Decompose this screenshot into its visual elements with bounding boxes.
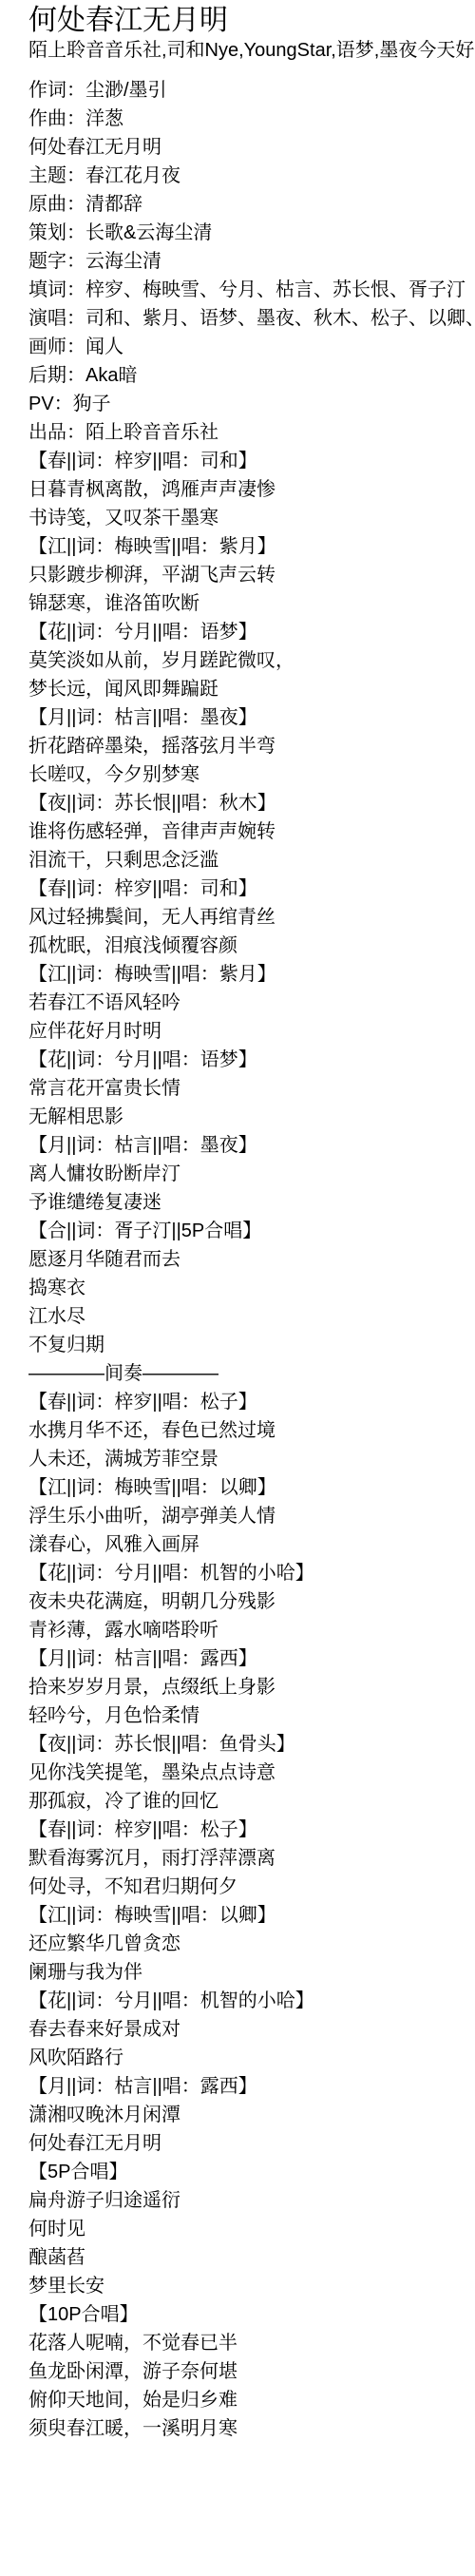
lyric-line: 谁将伤感轻弹，音律声声婉转 xyxy=(0,817,475,846)
lyric-line: 【花||词：兮月||唱：机智的小哈】 xyxy=(0,1987,475,2015)
lyric-line: 【春||词：梓穸||唱：松子】 xyxy=(0,1816,475,1844)
credit-line: 策划：长歌&云海尘清 xyxy=(0,219,475,247)
credit-line: 出品：陌上聆音音乐社 xyxy=(0,418,475,447)
lyric-line: 青衫薄，露水嘀嗒聆听 xyxy=(0,1616,475,1644)
credit-line: 填词：梓穸、梅映雪、兮月、枯言、苏长恨、胥子汀 xyxy=(0,276,475,304)
lyric-line: 鱼龙卧闲潭，游子奈何堪 xyxy=(0,2357,475,2386)
lyric-line: 【夜||词：苏长恨||唱：秋木】 xyxy=(0,789,475,817)
lyric-line: 漾春心，风雅入画屏 xyxy=(0,1530,475,1559)
credit-line: 原曲：清都辞 xyxy=(0,190,475,219)
lyric-line: 孤枕眠，泪痕浅倾覆容颜 xyxy=(0,932,475,960)
lyric-line: 扁舟游子归途遥衍 xyxy=(0,2186,475,2215)
lyric-line: 还应繁华几曾贪恋 xyxy=(0,1930,475,1958)
lyric-line: 【合||词：胥子汀||5P合唱】 xyxy=(0,1217,475,1245)
lyric-line: 应伴花好月时明 xyxy=(0,1017,475,1046)
lyric-line: 【花||词：兮月||唱：机智的小哈】 xyxy=(0,1559,475,1587)
lyric-line: 书诗笺，又叹茶干墨寒 xyxy=(0,504,475,532)
lyric-line: 不复归期 xyxy=(0,1331,475,1359)
lyric-line: 轻吟兮，月色恰柔情 xyxy=(0,1701,475,1730)
lyric-line: 风过轻拂鬓间，无人再绾青丝 xyxy=(0,903,475,932)
lyric-line: 无解相思影 xyxy=(0,1103,475,1131)
lyric-line: 【花||词：兮月||唱：语梦】 xyxy=(0,618,475,646)
lyric-line: 潇湘叹晚沐月闲潭 xyxy=(0,2101,475,2129)
credit-line: 主题：春江花月夜 xyxy=(0,162,475,190)
credits-list: 作词：尘渺/墨引作曲：洋葱何处春江无月明主题：春江花月夜原曲：清都辞策划：长歌&… xyxy=(0,76,475,447)
lyric-line: 那孤寂，冷了谁的回忆 xyxy=(0,1787,475,1816)
lyric-line: 【月||词：枯言||唱：墨夜】 xyxy=(0,703,475,732)
lyric-line: 【月||词：枯言||唱：露西】 xyxy=(0,1644,475,1673)
lyric-line: 水携月华不还，春色已然过境 xyxy=(0,1416,475,1445)
lyric-line: 【10P合唱】 xyxy=(0,2300,475,2329)
lyric-line: 长嗟叹，今夕别梦寒 xyxy=(0,760,475,789)
lyric-line: 拾来岁岁月景，点缀纸上身影 xyxy=(0,1673,475,1701)
credit-line: 作词：尘渺/墨引 xyxy=(0,76,475,105)
lyric-line: 梦里长安 xyxy=(0,2272,475,2300)
lyrics-page: 何处春江无月明 陌上聆音音乐社,司和Nye,YoungStar,语梦,墨夜今天好… xyxy=(0,0,475,2443)
lyric-line: 何处春江无月明 xyxy=(0,2129,475,2158)
lyric-line: 浮生乐小曲听，湖亭弹美人情 xyxy=(0,1502,475,1530)
credit-line: 演唱：司和、紫月、语梦、墨夜、秋木、松子、以卿、 xyxy=(0,304,475,333)
lyric-line: 捣寒衣 xyxy=(0,1274,475,1302)
lyric-line: 须臾春江暖，一溪明月寒 xyxy=(0,2414,475,2443)
lyrics-list: 【春||词：梓穸||唱：司和】日暮青枫离散，鸿雁声声凄惨书诗笺，又叹茶干墨寒【江… xyxy=(0,447,475,2443)
lyric-line: 何处寻，不知君归期何夕 xyxy=(0,1873,475,1901)
song-title: 何处春江无月明 xyxy=(0,0,475,39)
lyric-line: 梦长远，闻风即舞蹁跹 xyxy=(0,675,475,703)
lyric-line: 春去春来好景成对 xyxy=(0,2015,475,2044)
credit-line: 题字：云海尘清 xyxy=(0,247,475,276)
lyric-line: 折花踏碎墨染，摇落弦月半弯 xyxy=(0,732,475,760)
lyric-line: 【5P合唱】 xyxy=(0,2158,475,2186)
lyric-line: 夜未央花满庭，明朝几分残影 xyxy=(0,1587,475,1616)
lyric-line: 花落人呢喃，不觉春已半 xyxy=(0,2329,475,2357)
lyric-line: 只影踱步柳湃，平湖飞声云转 xyxy=(0,561,475,589)
lyric-line: 日暮青枫离散，鸿雁声声凄惨 xyxy=(0,475,475,504)
credit-line: 何处春江无月明 xyxy=(0,133,475,162)
lyric-line: 【春||词：梓穸||唱：司和】 xyxy=(0,875,475,903)
credit-line: 画师：闻人 xyxy=(0,333,475,361)
lyric-line: 愿逐月华随君而去 xyxy=(0,1245,475,1274)
lyric-line: 江水尽 xyxy=(0,1302,475,1331)
lyric-line: 【春||词：梓穸||唱：松子】 xyxy=(0,1388,475,1416)
lyric-line: 阑珊与我为伴 xyxy=(0,1958,475,1987)
lyric-line: ————间奏———— xyxy=(0,1359,475,1388)
lyric-line: 离人慵妆盼断岸汀 xyxy=(0,1160,475,1188)
lyric-line: 人未还，满城芳菲空景 xyxy=(0,1445,475,1473)
lyric-line: 见你浅笑提笔，墨染点点诗意 xyxy=(0,1759,475,1787)
lyric-line: 【江||词：梅映雪||唱：紫月】 xyxy=(0,532,475,561)
lyric-line: 【月||词：枯言||唱：露西】 xyxy=(0,2072,475,2101)
lyric-line: 若春江不语风轻吟 xyxy=(0,989,475,1017)
lyric-line: 默看海雾沉月，雨打浮萍漂离 xyxy=(0,1844,475,1873)
lyric-line: 【夜||词：苏长恨||唱：鱼骨头】 xyxy=(0,1730,475,1759)
lyric-line: 【春||词：梓穸||唱：司和】 xyxy=(0,447,475,475)
artists-line: 陌上聆音音乐社,司和Nye,YoungStar,语梦,墨夜今天好 xyxy=(0,39,475,63)
lyric-line: 风吹陌路行 xyxy=(0,2044,475,2072)
lyric-line: 泪流干，只剩思念泛滥 xyxy=(0,846,475,875)
lyric-line: 何时见 xyxy=(0,2215,475,2243)
lyric-line: 【江||词：梅映雪||唱：以卿】 xyxy=(0,1473,475,1502)
credit-line: PV：狗子 xyxy=(0,390,475,418)
lyric-line: 【花||词：兮月||唱：语梦】 xyxy=(0,1046,475,1074)
lyric-line: 锦瑟寒，谁洛笛吹断 xyxy=(0,589,475,618)
lyric-line: 【江||词：梅映雪||唱：以卿】 xyxy=(0,1901,475,1930)
lyric-line: 常言花开富贵长情 xyxy=(0,1074,475,1103)
lyric-line: 予谁缱绻复凄迷 xyxy=(0,1188,475,1217)
lyric-line: 【江||词：梅映雪||唱：紫月】 xyxy=(0,960,475,989)
credit-line: 作曲：洋葱 xyxy=(0,105,475,133)
lyric-line: 莫笑淡如从前，岁月蹉跎微叹， xyxy=(0,646,475,675)
lyric-line: 【月||词：枯言||唱：墨夜】 xyxy=(0,1131,475,1160)
lyric-line: 俯仰天地间，始是归乡难 xyxy=(0,2386,475,2414)
credit-line: 后期：Aka暗 xyxy=(0,361,475,390)
lyric-line: 酿菡萏 xyxy=(0,2243,475,2272)
